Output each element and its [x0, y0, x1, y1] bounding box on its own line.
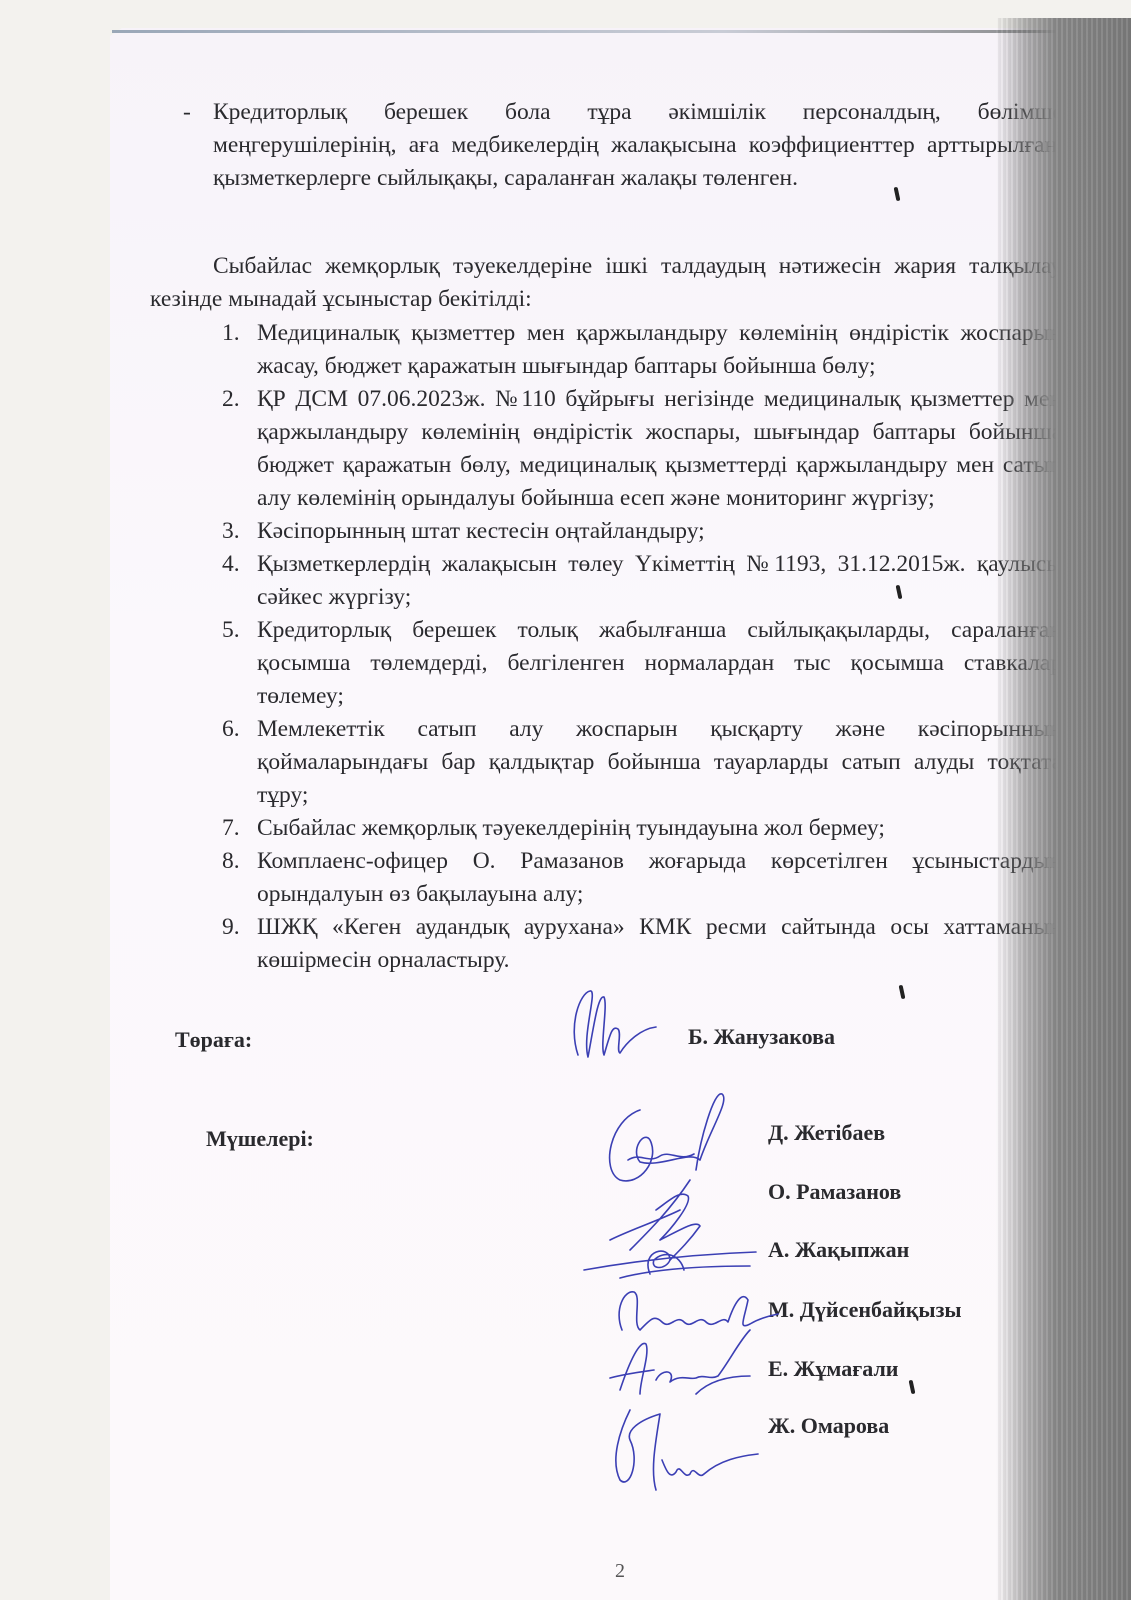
- chair-signature-icon: [560, 985, 680, 1065]
- signature-block: Төраға: Б. Жанузакова Мүшелері: Д. Жетіб…: [0, 0, 1131, 1600]
- document-text: - Кредиторлық берешек бола тұра әкімшілі…: [0, 0, 1131, 1600]
- member-signature-icon: [600, 1320, 760, 1410]
- member-name: М. Дүйсенбайқызы: [768, 1293, 962, 1326]
- member-name: О. Рамазанов: [768, 1175, 901, 1208]
- member-signature-icon: [600, 1400, 760, 1500]
- chair-name: Б. Жанузакова: [688, 1020, 835, 1053]
- member-name: Д. Жетібаев: [768, 1116, 885, 1149]
- member-name: Е. Жұмағали: [768, 1352, 898, 1385]
- chair-label: Төраға:: [175, 1023, 252, 1056]
- member-name: Ж. Омарова: [768, 1409, 889, 1442]
- member-name: А. Жақыпжан: [768, 1233, 909, 1266]
- members-label: Мүшелері:: [206, 1122, 314, 1155]
- page-number: 2: [615, 1555, 625, 1588]
